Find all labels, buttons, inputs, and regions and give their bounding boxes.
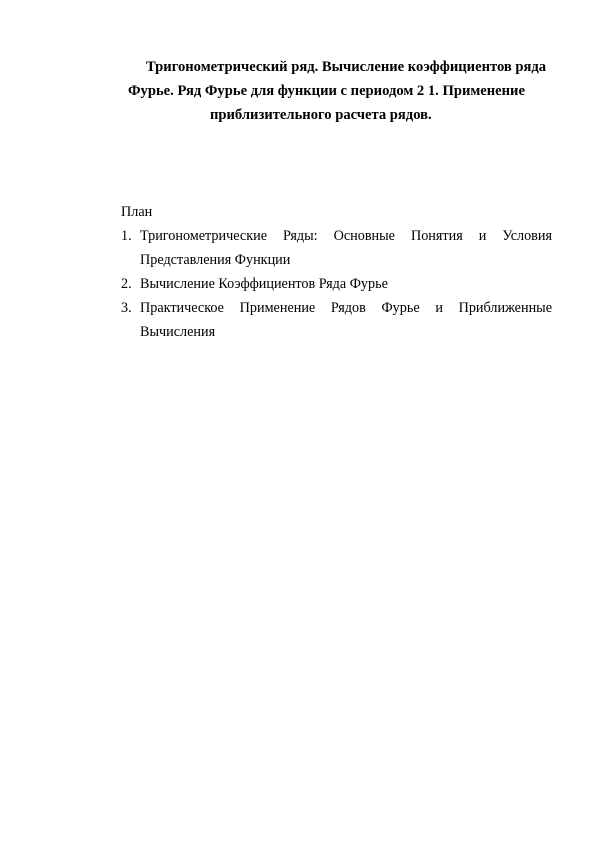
- document-page: Тригонометрический ряд. Вычисление коэфф…: [0, 0, 596, 842]
- plan-item: 3. Практическое Применение Рядов Фурье и…: [121, 296, 552, 344]
- title-line-1: Тригонометрический ряд. Вычисление коэфф…: [146, 55, 586, 79]
- title-line-2: Фурье. Ряд Фурье для функции с периодом …: [128, 79, 568, 103]
- plan-item-text: Вычисление Коэффициентов Ряда Фурье: [140, 272, 552, 296]
- plan-item-text: Практическое Применение Рядов Фурье и Пр…: [140, 296, 552, 344]
- plan-item-number: 1.: [121, 224, 132, 248]
- plan-item-number: 3.: [121, 296, 132, 320]
- document-title: Тригонометрический ряд. Вычисление коэфф…: [110, 55, 550, 127]
- plan-list: 1. Тригонометрические Ряды: Основные Пон…: [121, 224, 552, 344]
- title-line-3: приблизительного расчета рядов.: [210, 103, 596, 127]
- plan-item: 2. Вычисление Коэффициентов Ряда Фурье: [121, 272, 552, 296]
- plan-item: 1. Тригонометрические Ряды: Основные Пон…: [121, 224, 552, 272]
- plan-item-number: 2.: [121, 272, 132, 296]
- plan-heading: План: [121, 200, 552, 224]
- plan-item-text: Тригонометрические Ряды: Основные Поняти…: [140, 224, 552, 272]
- plan-section: План 1. Тригонометрические Ряды: Основны…: [121, 200, 552, 344]
